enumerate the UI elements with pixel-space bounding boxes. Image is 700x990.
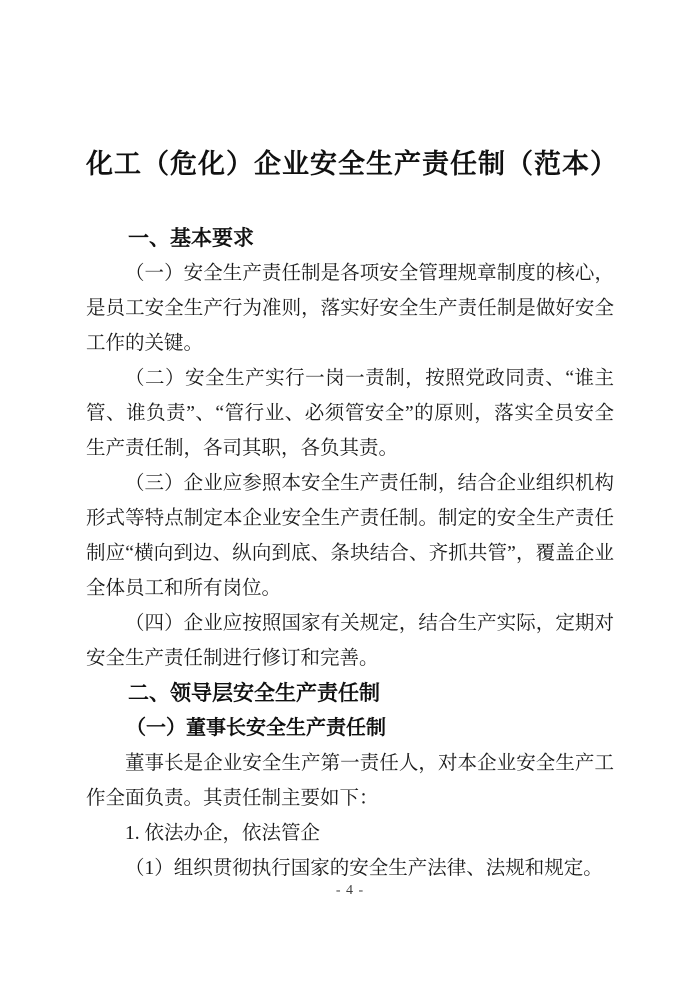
paragraph-chairman-intro: 董事长是企业安全生产第一责任人，对本企业安全生产工作全面负责。其责任制主要如下： bbox=[86, 746, 614, 816]
document-title: 化工（危化）企业安全生产责任制（范本） bbox=[86, 144, 614, 184]
paragraph-periodic-revision: （四）企业应按照国家有关规定，结合生产实际，定期对安全生产责任制进行修订和完善。 bbox=[86, 606, 614, 676]
paragraph-enterprise-reference: （三）企业应参照本安全生产责任制，结合企业组织机构形式等特点制定本企业安全生产责… bbox=[86, 466, 614, 606]
section-heading-basic-requirements: 一、基本要求 bbox=[86, 221, 614, 256]
subsection-heading-chairman: （一）董事长安全生产责任制 bbox=[86, 711, 614, 746]
paragraph-core-responsibility: （一）安全生产责任制是各项安全管理规章制度的核心，是员工安全生产行为准则，落实好… bbox=[86, 256, 614, 361]
document-page: 化工（危化）企业安全生产责任制（范本） 一、基本要求 （一）安全生产责任制是各项… bbox=[0, 0, 700, 990]
section-heading-leadership: 二、领导层安全生产责任制 bbox=[86, 676, 614, 711]
page-number: - 4 - bbox=[0, 882, 700, 900]
list-item-law-abiding: 1. 依法办企，依法管企 bbox=[86, 816, 614, 851]
list-item-implement-laws: （1）组织贯彻执行国家的安全生产法律、法规和规定。 bbox=[86, 851, 614, 886]
paragraph-one-post-one-duty: （二）安全生产实行一岗一责制，按照党政同责、“谁主管、谁负责”、“管行业、必须管… bbox=[86, 361, 614, 466]
